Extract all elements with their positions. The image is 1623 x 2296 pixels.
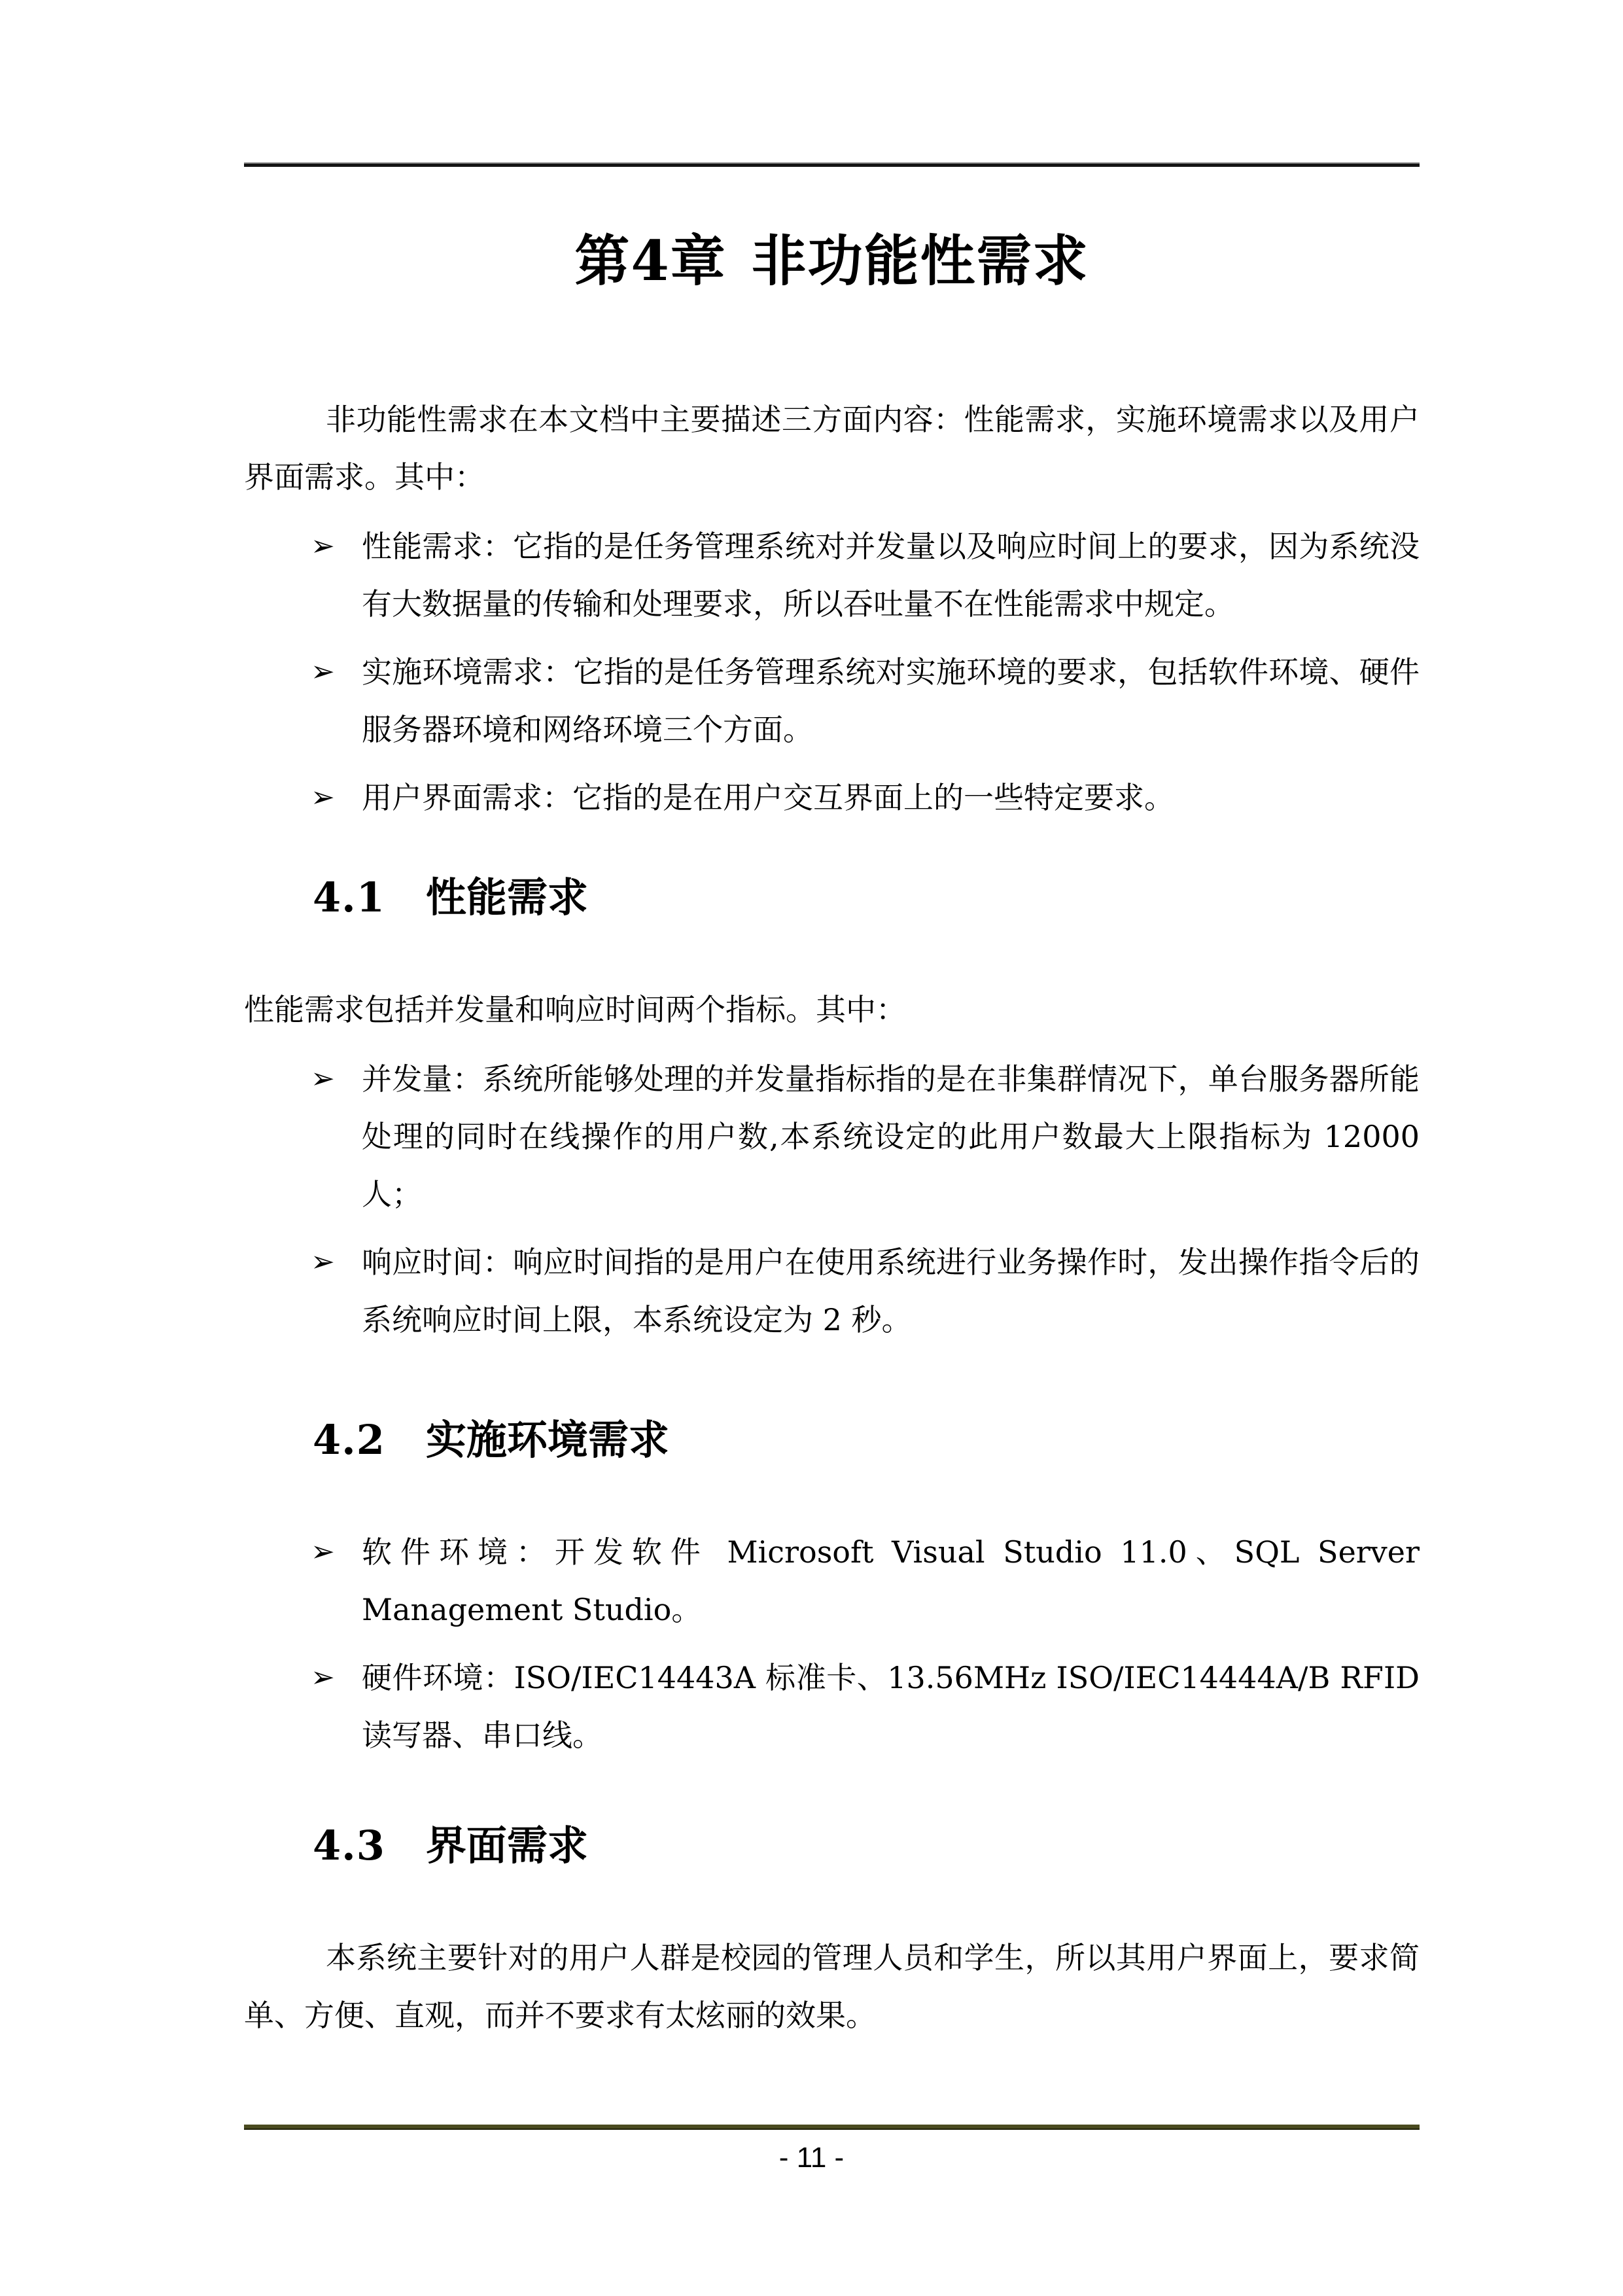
- bullet-arrow-icon: ➢: [311, 1649, 362, 1706]
- list-item: ➢ 硬件环境：ISO/IEC14443A 标准卡、13.56MHz ISO/IE…: [311, 1649, 1420, 1764]
- section-number: 4.1: [313, 874, 385, 921]
- bullet-arrow-icon: ➢: [311, 1050, 362, 1108]
- section-4-1-lead-paragraph: 性能需求包括并发量和响应时间两个指标。其中：: [244, 981, 1420, 1038]
- list-item-text: 并发量：系统所能够处理的并发量指标指的是在非集群情况下，单台服务器所能处理的同时…: [362, 1050, 1420, 1223]
- list-item: ➢ 性能需求：它指的是任务管理系统对并发量以及响应时间上的要求，因为系统没有大数…: [311, 518, 1420, 633]
- section-title: 性能需求: [426, 874, 588, 921]
- list-item: ➢ 用户界面需求：它指的是在用户交互界面上的一些特定要求。: [311, 769, 1420, 826]
- list-item: ➢ 软件环境：开发软件 Microsoft Visual Studio 11.0…: [311, 1523, 1420, 1638]
- section-title: 界面需求: [426, 1822, 588, 1869]
- page-number: - 11 -: [0, 2141, 1623, 2175]
- list-item-text: 硬件环境：ISO/IEC14443A 标准卡、13.56MHz ISO/IEC1…: [362, 1649, 1420, 1764]
- page-content: 第4章非功能性需求 非功能性需求在本文档中主要描述三方面内容：性能需求，实施环境…: [244, 162, 1420, 2044]
- intro-bullet-list: ➢ 性能需求：它指的是任务管理系统对并发量以及响应时间上的要求，因为系统没有大数…: [244, 518, 1420, 826]
- chapter-title-text: 非功能性需求: [752, 228, 1089, 293]
- bullet-arrow-icon: ➢: [311, 518, 362, 575]
- list-item-text: 响应时间：响应时间指的是用户在使用系统进行业务操作时，发出操作指令后的系统响应时…: [362, 1233, 1420, 1349]
- section-4-3-paragraph: 本系统主要针对的用户人群是校园的管理人员和学生，所以其用户界面上，要求简单、方便…: [244, 1929, 1420, 2044]
- section-heading-4-3: 4.3界面需求: [313, 1816, 1420, 1875]
- bullet-arrow-icon: ➢: [311, 769, 362, 826]
- header-rule: [244, 162, 1420, 167]
- document-page: 第4章非功能性需求 非功能性需求在本文档中主要描述三方面内容：性能需求，实施环境…: [0, 0, 1623, 2296]
- section-heading-4-1: 4.1性能需求: [313, 868, 1420, 927]
- list-item-text: 性能需求：它指的是任务管理系统对并发量以及响应时间上的要求，因为系统没有大数据量…: [362, 518, 1420, 633]
- bullet-arrow-icon: ➢: [311, 643, 362, 701]
- section-heading-4-2: 4.2实施环境需求: [313, 1411, 1420, 1470]
- list-item-text: 用户界面需求：它指的是在用户交互界面上的一些特定要求。: [362, 769, 1420, 826]
- section-number: 4.2: [313, 1416, 385, 1464]
- chapter-title: 第4章非功能性需求: [244, 230, 1420, 292]
- section-4-2-bullet-list: ➢ 软件环境：开发软件 Microsoft Visual Studio 11.0…: [244, 1523, 1420, 1764]
- list-item-text: 实施环境需求：它指的是任务管理系统对实施环境的要求，包括软件环境、硬件服务器环境…: [362, 643, 1420, 758]
- list-item: ➢ 并发量：系统所能够处理的并发量指标指的是在非集群情况下，单台服务器所能处理的…: [311, 1050, 1420, 1223]
- list-item: ➢ 实施环境需求：它指的是任务管理系统对实施环境的要求，包括软件环境、硬件服务器…: [311, 643, 1420, 758]
- chapter-number: 第4章: [574, 228, 726, 293]
- section-title: 实施环境需求: [426, 1416, 669, 1464]
- bullet-arrow-icon: ➢: [311, 1233, 362, 1291]
- list-item-text: 软件环境：开发软件 Microsoft Visual Studio 11.0、S…: [362, 1523, 1420, 1638]
- section-number: 4.3: [313, 1822, 385, 1869]
- list-item: ➢ 响应时间：响应时间指的是用户在使用系统进行业务操作时，发出操作指令后的系统响…: [311, 1233, 1420, 1349]
- bullet-arrow-icon: ➢: [311, 1523, 362, 1581]
- section-4-1-bullet-list: ➢ 并发量：系统所能够处理的并发量指标指的是在非集群情况下，单台服务器所能处理的…: [244, 1050, 1420, 1349]
- footer-rule: [244, 2125, 1420, 2130]
- intro-paragraph: 非功能性需求在本文档中主要描述三方面内容：性能需求，实施环境需求以及用户界面需求…: [244, 391, 1420, 506]
